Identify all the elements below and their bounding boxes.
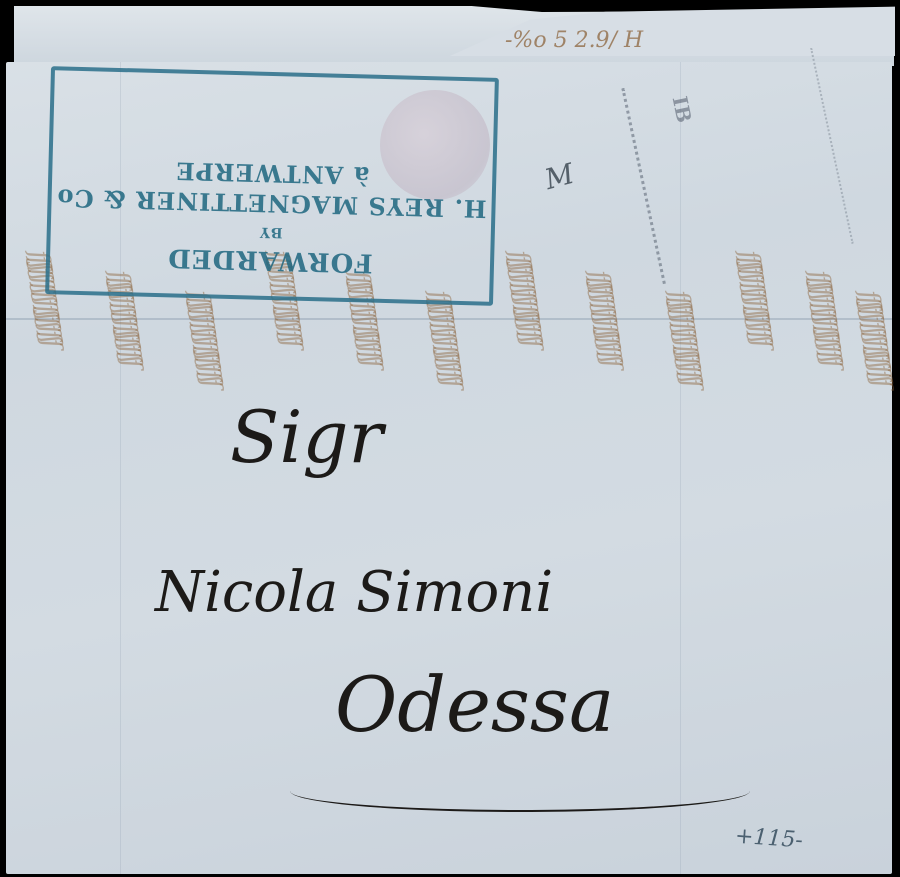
cachet-line: FORWARDED	[50, 240, 491, 280]
flap-note: -%o 5 2.9/ H	[505, 28, 643, 53]
forwarder-cachet: FORWARDED BY H. REYS MAGNETTINER & Co à …	[45, 66, 499, 306]
address-city: Odessa	[335, 660, 614, 749]
address-name: Nicola Simoni	[155, 560, 553, 625]
address-flourish	[290, 770, 750, 812]
postmark-text: IB	[668, 94, 697, 125]
address-salutation: Sigr	[230, 395, 383, 479]
faint-postmark: IB	[621, 48, 853, 284]
pencil-note: +115-	[734, 824, 803, 854]
